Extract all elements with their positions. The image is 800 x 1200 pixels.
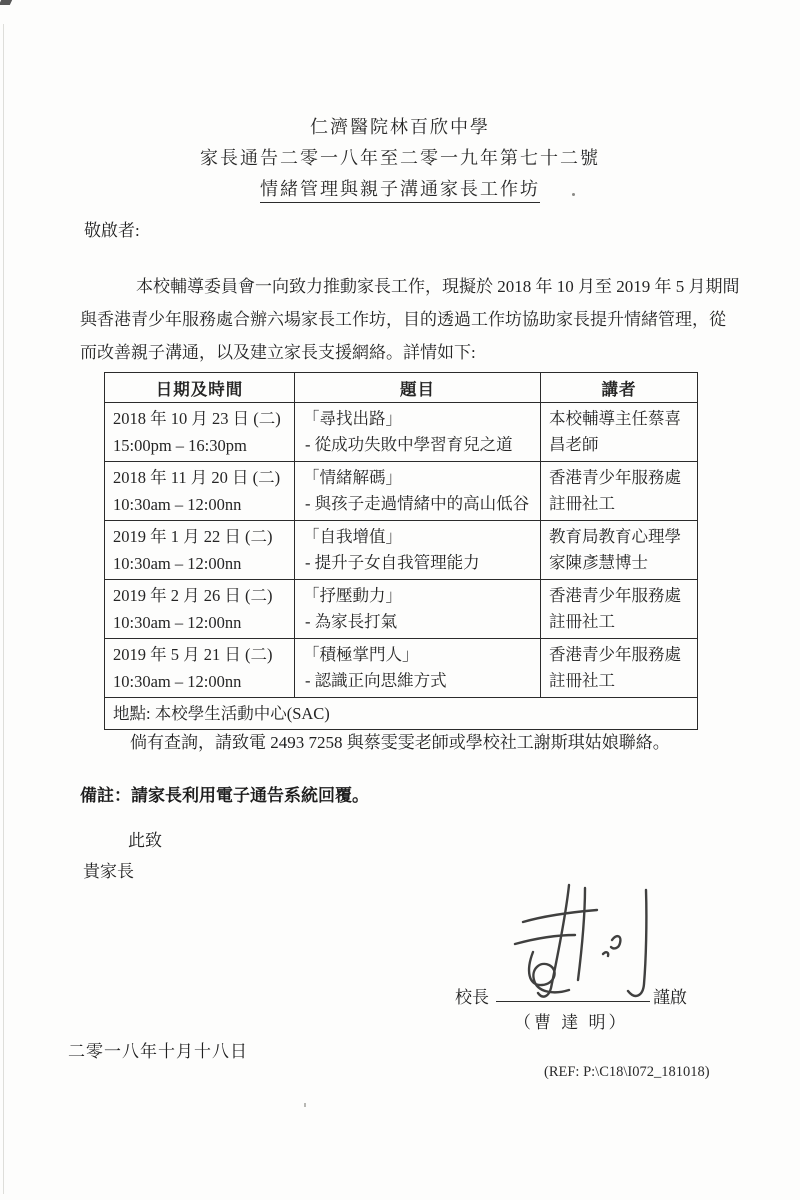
principal-name: （曹 達 明） [514,1008,629,1033]
paragraph-line: 而改善親子溝通，以及建立家長支援網絡。詳情如下: [80,336,730,369]
table-header-row: 日期及時間 題目 講者 [105,373,698,403]
topic-cell: 「自我增值」 - 提升子女自我管理能力 [295,521,541,580]
session-date: 2018 年 11 月 20 日 (二) [113,465,287,491]
intro-paragraph: 本校輔導委員會一向致力推動家長工作，現擬於 2018 年 10 月至 2019 … [80,270,730,369]
table-row: 2019 年 5 月 21 日 (二) 10:30am – 12:00nn 「積… [105,639,698,698]
col-header-date-time: 日期及時間 [105,373,295,403]
session-time: 10:30am – 12:00nn [113,551,287,577]
table-row: 2019 年 2 月 26 日 (二) 10:30am – 12:00nn 「抒… [105,580,698,639]
date-time-cell: 2019 年 2 月 26 日 (二) 10:30am – 12:00nn [105,580,295,639]
session-time: 10:30am – 12:00nn [113,610,287,636]
speaker-cell: 香港青少年服務處註冊社工 [541,580,698,639]
table-row: 2018 年 11 月 20 日 (二) 10:30am – 12:00nn 「… [105,462,698,521]
speaker-cell: 本校輔導主任蔡喜昌老師 [541,403,698,462]
remark-line: 備註：請家長利用電子通告系統回覆。 [80,781,369,806]
topic-detail: - 提升子女自我管理能力 [303,550,533,576]
topic-cell: 「尋找出路」 - 從成功失敗中學習育兒之道 [295,403,541,462]
topic-title: 「尋找出路」 [303,406,533,432]
speaker-cell: 香港青少年服務處註冊社工 [541,639,698,698]
topic-title: 「抒壓動力」 [303,583,533,609]
notice-title-text: 情緒管理與親子溝通家長工作坊 [260,179,540,203]
topic-cell: 「抒壓動力」 - 為家長打氣 [295,580,541,639]
col-header-topic: 題目 [295,373,541,403]
topic-detail: - 為家長打氣 [303,609,533,635]
scan-corner-speck [0,0,12,5]
topic-detail: - 認識正向思維方式 [303,668,533,694]
session-date: 2019 年 1 月 22 日 (二) [113,524,287,550]
speaker-cell: 教育局教育心理學家陳彥慧博士 [541,521,698,580]
issue-date: 二零一八年十月十八日 [68,1037,248,1062]
date-time-cell: 2019 年 5 月 21 日 (二) 10:30am – 12:00nn [105,639,295,698]
topic-detail: - 從成功失敗中學習育兒之道 [303,432,533,458]
reference-number: (REF: P:\C18\I072_181018) [544,1064,710,1081]
workshop-schedule-table: 日期及時間 題目 講者 2018 年 10 月 23 日 (二) 15:00pm… [104,372,698,730]
notice-number: 家長通告二零一八年至二零一九年第七十二號 [0,144,800,170]
speaker-cell: 香港青少年服務處註冊社工 [541,462,698,521]
location-note: 地點: 本校學生活動中心(SAC) [105,698,698,730]
closing-phrase: 此致 [128,826,162,851]
col-header-speaker: 講者 [541,373,698,403]
topic-title: 「自我增值」 [303,524,533,550]
table-row: 2019 年 1 月 22 日 (二) 10:30am – 12:00nn 「自… [105,521,698,580]
paragraph-line: 本校輔導委員會一向致力推動家長工作，現擬於 2018 年 10 月至 2019 … [80,270,730,303]
respectfully-label: 謹啟 [653,983,687,1008]
session-time: 10:30am – 12:00nn [113,492,287,518]
topic-title: 「情緒解碼」 [303,465,533,491]
scan-dot-artifact [304,1103,306,1107]
school-name: 仁濟醫院林百欣中學 [0,113,800,139]
date-time-cell: 2018 年 11 月 20 日 (二) 10:30am – 12:00nn [105,462,295,521]
session-date: 2019 年 2 月 26 日 (二) [113,583,287,609]
enquiry-text: 倘有查詢，請致電 2493 7258 與蔡雯雯老師或學校社工謝斯琪姑娘聯絡。 [80,733,670,752]
date-time-cell: 2018 年 10 月 23 日 (二) 15:00pm – 16:30pm [105,403,295,462]
date-time-cell: 2019 年 1 月 22 日 (二) 10:30am – 12:00nn [105,521,295,580]
table-row: 2018 年 10 月 23 日 (二) 15:00pm – 16:30pm 「… [105,403,698,462]
topic-cell: 「情緒解碼」 - 與孩子走過情緒中的高山低谷 [295,462,541,521]
principal-label: 校長 [455,983,489,1008]
topic-cell: 「積極掌門人」 - 認識正向思維方式 [295,639,541,698]
session-date: 2018 年 10 月 23 日 (二) [113,406,287,432]
notice-document: 仁濟醫院林百欣中學 家長通告二零一八年至二零一九年第七十二號 情緒管理與親子溝通… [0,0,800,1200]
notice-title: 情緒管理與親子溝通家長工作坊 [0,175,800,201]
session-time: 10:30am – 12:00nn [113,669,287,695]
recipient: 貴家長 [83,857,134,882]
location-row: 地點: 本校學生活動中心(SAC) [105,698,698,730]
salutation: 敬啟者: [84,216,140,241]
signature-line [496,1001,650,1002]
session-time: 15:00pm – 16:30pm [113,433,287,459]
topic-title: 「積極掌門人」 [303,642,533,668]
enquiry-line: 倘有查詢，請致電 2493 7258 與蔡雯雯老師或學校社工謝斯琪姑娘聯絡。 [80,728,740,753]
session-date: 2019 年 5 月 21 日 (二) [113,642,287,668]
topic-detail: - 與孩子走過情緒中的高山低谷 [303,491,533,517]
paragraph-line: 與香港青少年服務處合辦六場家長工作坊，目的透過工作坊協助家長提升情緒管理，從 [80,303,730,336]
